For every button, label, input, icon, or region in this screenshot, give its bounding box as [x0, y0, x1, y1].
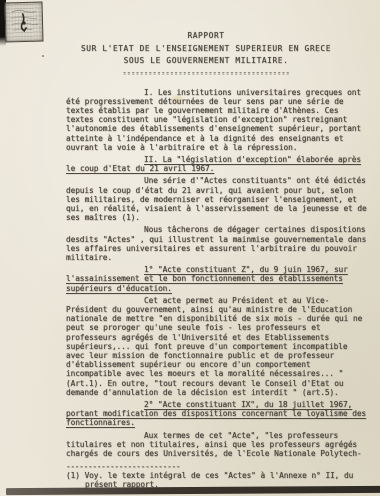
report-title-line-1: RAPPORT — [44, 30, 368, 43]
paragraph-acte-z-details: Cet acte permet au Président et au Vice-… — [66, 296, 368, 397]
scan-edge-bottom — [6, 486, 380, 495]
paragraph-actes-constituants: Une série d'"Actes constituants" ont été… — [66, 176, 368, 222]
scanned-report-page: RAPPORT SUR L'ETAT DE L'ENSEIGNEMENT SUP… — [0, 0, 380, 496]
report-title-block: RAPPORT SUR L'ETAT DE L'ENSEIGNEMENT SUP… — [44, 30, 368, 78]
title-divider-rule: --------------------------------------- — [44, 68, 368, 78]
report-title-line-3: SOUS LE GOUVERNEMENT MILITAIRE. — [44, 55, 368, 68]
paragraph-nous-tacherons: Nous tâcherons de dégager certaines disp… — [66, 225, 368, 262]
paragraph-aux-termes: Aux termes de cet "Acte", "les professeu… — [66, 431, 368, 459]
heading-acte-constituant-z: 1° "Acte constituant Z", du 9 juin 1967,… — [66, 265, 368, 293]
paragraph-institutions: I. Les institutions universitaires grecq… — [66, 88, 368, 152]
heading-acte-constituant-ix: 2° "Acte constituant IX", du 18 juillet … — [66, 400, 368, 428]
report-title-line-2: SUR L'ETAT DE L'ENSEIGNEMENT SUPERIEUR E… — [44, 43, 368, 56]
report-body: RAPPORT SUR L'ETAT DE L'ENSEIGNEMENT SUP… — [0, 0, 380, 490]
footnote-divider-rule: -------------------------- — [66, 462, 368, 471]
section-heading-legislation: II. La "législation d'exception" élaboré… — [66, 155, 368, 173]
